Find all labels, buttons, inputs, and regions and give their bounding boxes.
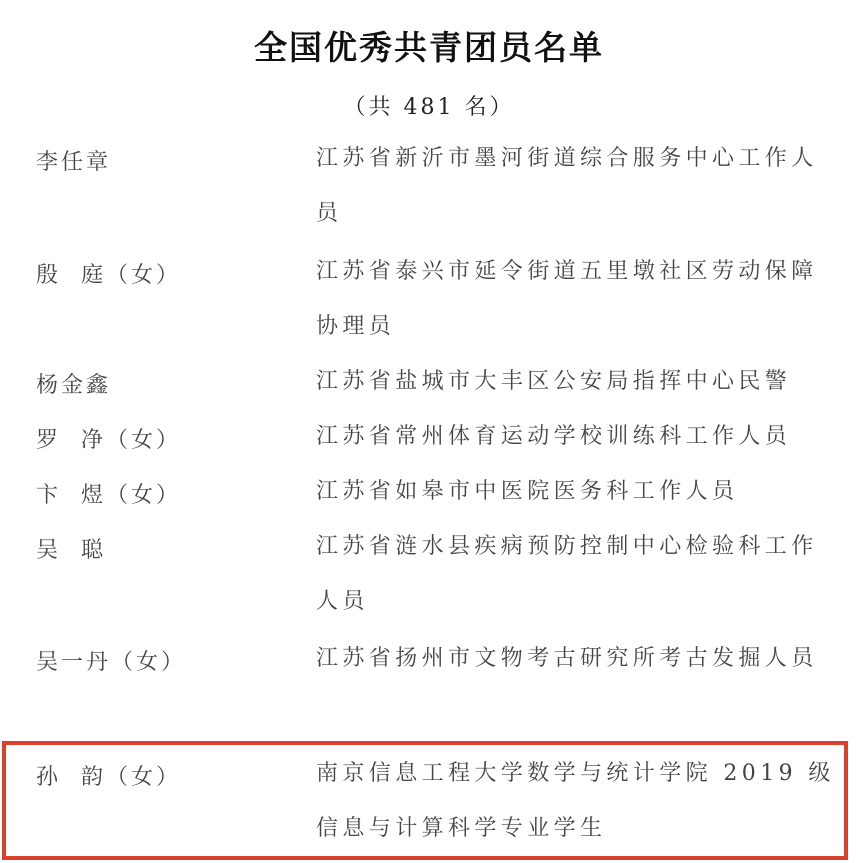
honoree-name: 孙 韵（女） [36,760,181,791]
document-subtitle: （共 481 名） [0,90,858,121]
honoree-description: 江苏省涟水县疾病预防控制中心检验科工作人员 [316,519,836,629]
honoree-description: 江苏省如皋市中医院医务科工作人员 [316,464,836,519]
honoree-description: 江苏省泰兴市延令街道五里墩社区劳动保障协理员 [316,244,836,354]
document-title: 全国优秀共青团员名单 [0,22,858,69]
honoree-description: 江苏省常州体育运动学校训练科工作人员 [316,409,836,464]
honoree-name: 卞 煜（女） [36,478,181,509]
honoree-name: 吴一丹（女） [36,645,186,676]
honoree-name: 杨金鑫 [36,368,111,399]
honoree-name: 吴 聪 [36,533,106,564]
honoree-name: 殷 庭（女） [36,258,181,289]
honoree-name: 罗 净（女） [36,423,181,454]
honoree-description: 江苏省扬州市文物考古研究所考古发掘人员 [316,631,836,686]
honoree-name: 李任章 [36,145,111,176]
honoree-description: 南京信息工程大学数学与统计学院 2019 级信息与计算科学专业学生 [316,746,836,856]
honoree-description: 江苏省新沂市墨河街道综合服务中心工作人员 [316,131,836,241]
honoree-description: 江苏省盐城市大丰区公安局指挥中心民警 [316,354,836,409]
